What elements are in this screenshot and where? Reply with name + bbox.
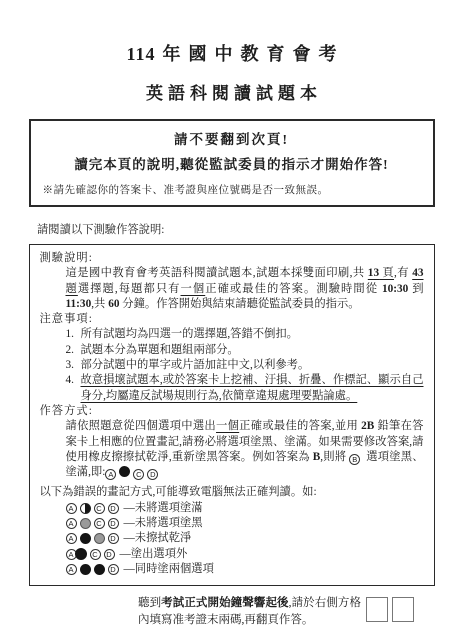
warning-box: 請不要翻到次頁! 讀完本頁的說明,聽從監試委員的指示才開始作答! ※請先確認你的…	[29, 119, 435, 207]
candidate-number-boxes	[366, 597, 414, 622]
exam-cover-page: 114年國中教育會考 英語科閱讀試題本 請不要翻到次頁! 讀完本頁的說明,聽從監…	[0, 0, 463, 640]
intro-label: 請閱讀以下測驗作答說明:	[37, 221, 463, 237]
option-circles: ACD	[66, 548, 118, 560]
footer-instruction: 聽到考試正式開始鐘聲響起後,請於右側方格內填寫准考證末兩碼,再翻頁作答。	[138, 595, 414, 628]
note-number: 2.	[66, 343, 81, 358]
error-label: —未將選項塗滿	[124, 501, 203, 516]
error-example-row: ACD —未將選項塗黑	[66, 516, 424, 531]
note-text: 部分試題中的單字或片語加註中文,以利參考。	[81, 358, 424, 373]
option-circles: AD	[66, 564, 122, 575]
note-number: 4.	[66, 373, 81, 404]
error-label: —同時塗兩個選項	[124, 562, 214, 577]
exam-year: 114	[126, 44, 155, 64]
error-label: —塗出選項外	[120, 547, 188, 562]
warning-note: ※請先確認你的答案卡、准考證與座位號碼是否一致無誤。	[43, 182, 421, 197]
note-number: 3.	[66, 358, 81, 373]
candidate-number-box-2	[392, 597, 414, 622]
exam-title: 114年國中教育會考	[0, 40, 463, 66]
instructions-box: 測驗說明: 這是國中教育會考英語科閱讀試題本,試題本採雙面印刷,共 13 頁,有…	[29, 244, 435, 586]
test-instructions-paragraph: 這是國中教育會考英語科閱讀試題本,試題本採雙面印刷,共 13 頁,有 43 題選…	[66, 266, 424, 312]
exam-subtitle: 英語科閱讀試題本	[0, 79, 463, 104]
note-text: 試題本分為單題和題組兩部分。	[81, 343, 424, 358]
error-label: —未擦拭乾淨	[124, 531, 192, 546]
answer-method-paragraph: 請依照題意從四個選項中選出一個正確或最佳的答案,並用 2B 鉛筆在答案卡上相應的…	[66, 419, 424, 480]
notes-heading: 注意事項:	[40, 312, 424, 327]
note-item: 2. 試題本分為單題和題組兩部分。	[66, 343, 424, 358]
error-example-row: AD —同時塗兩個選項	[66, 562, 424, 577]
warning-line-2: 讀完本頁的說明,聽從監試委員的指示才開始作答!	[43, 153, 421, 173]
error-example-row: AD —未擦拭乾淨	[66, 531, 424, 546]
error-example-row: ACD —塗出選項外	[66, 547, 424, 562]
note-text: 所有試題均為四選一的選擇題,答錯不倒扣。	[81, 327, 424, 342]
answer-method-heading: 作答方式:	[40, 404, 424, 419]
option-circles: ACD	[66, 518, 122, 529]
note-item: 1. 所有試題均為四選一的選擇題,答錯不倒扣。	[66, 327, 424, 342]
test-instructions-heading: 測驗說明:	[40, 251, 424, 266]
footer-instruction-text: 聽到考試正式開始鐘聲響起後,請於右側方格內填寫准考證末兩碼,再翻頁作答。	[138, 595, 361, 628]
warning-line-1: 請不要翻到次頁!	[43, 128, 421, 148]
exam-title-text: 年國中教育會考	[163, 44, 345, 64]
option-circles: AD	[66, 533, 122, 544]
error-label: —未將選項塗黑	[124, 516, 203, 531]
note-item: 3. 部分試題中的單字或片語加註中文,以利參考。	[66, 358, 424, 373]
note-item: 4. 故意損壞試題本,或於答案卡上挖補、汙損、折疊、作標記、顯示自己身分,均屬違…	[66, 373, 424, 404]
error-example-row: ACD —未將選項塗滿	[66, 501, 424, 516]
note-number: 1.	[66, 327, 81, 342]
option-circles: ACD	[66, 503, 122, 514]
note-text: 故意損壞試題本,或於答案卡上挖補、汙損、折疊、作標記、顯示自己身分,均屬違反試場…	[81, 373, 424, 404]
error-marking-intro: 以下為錯誤的畫記方式,可能導致電腦無法正確判讀。如:	[40, 485, 424, 500]
candidate-number-box-1	[366, 597, 388, 622]
